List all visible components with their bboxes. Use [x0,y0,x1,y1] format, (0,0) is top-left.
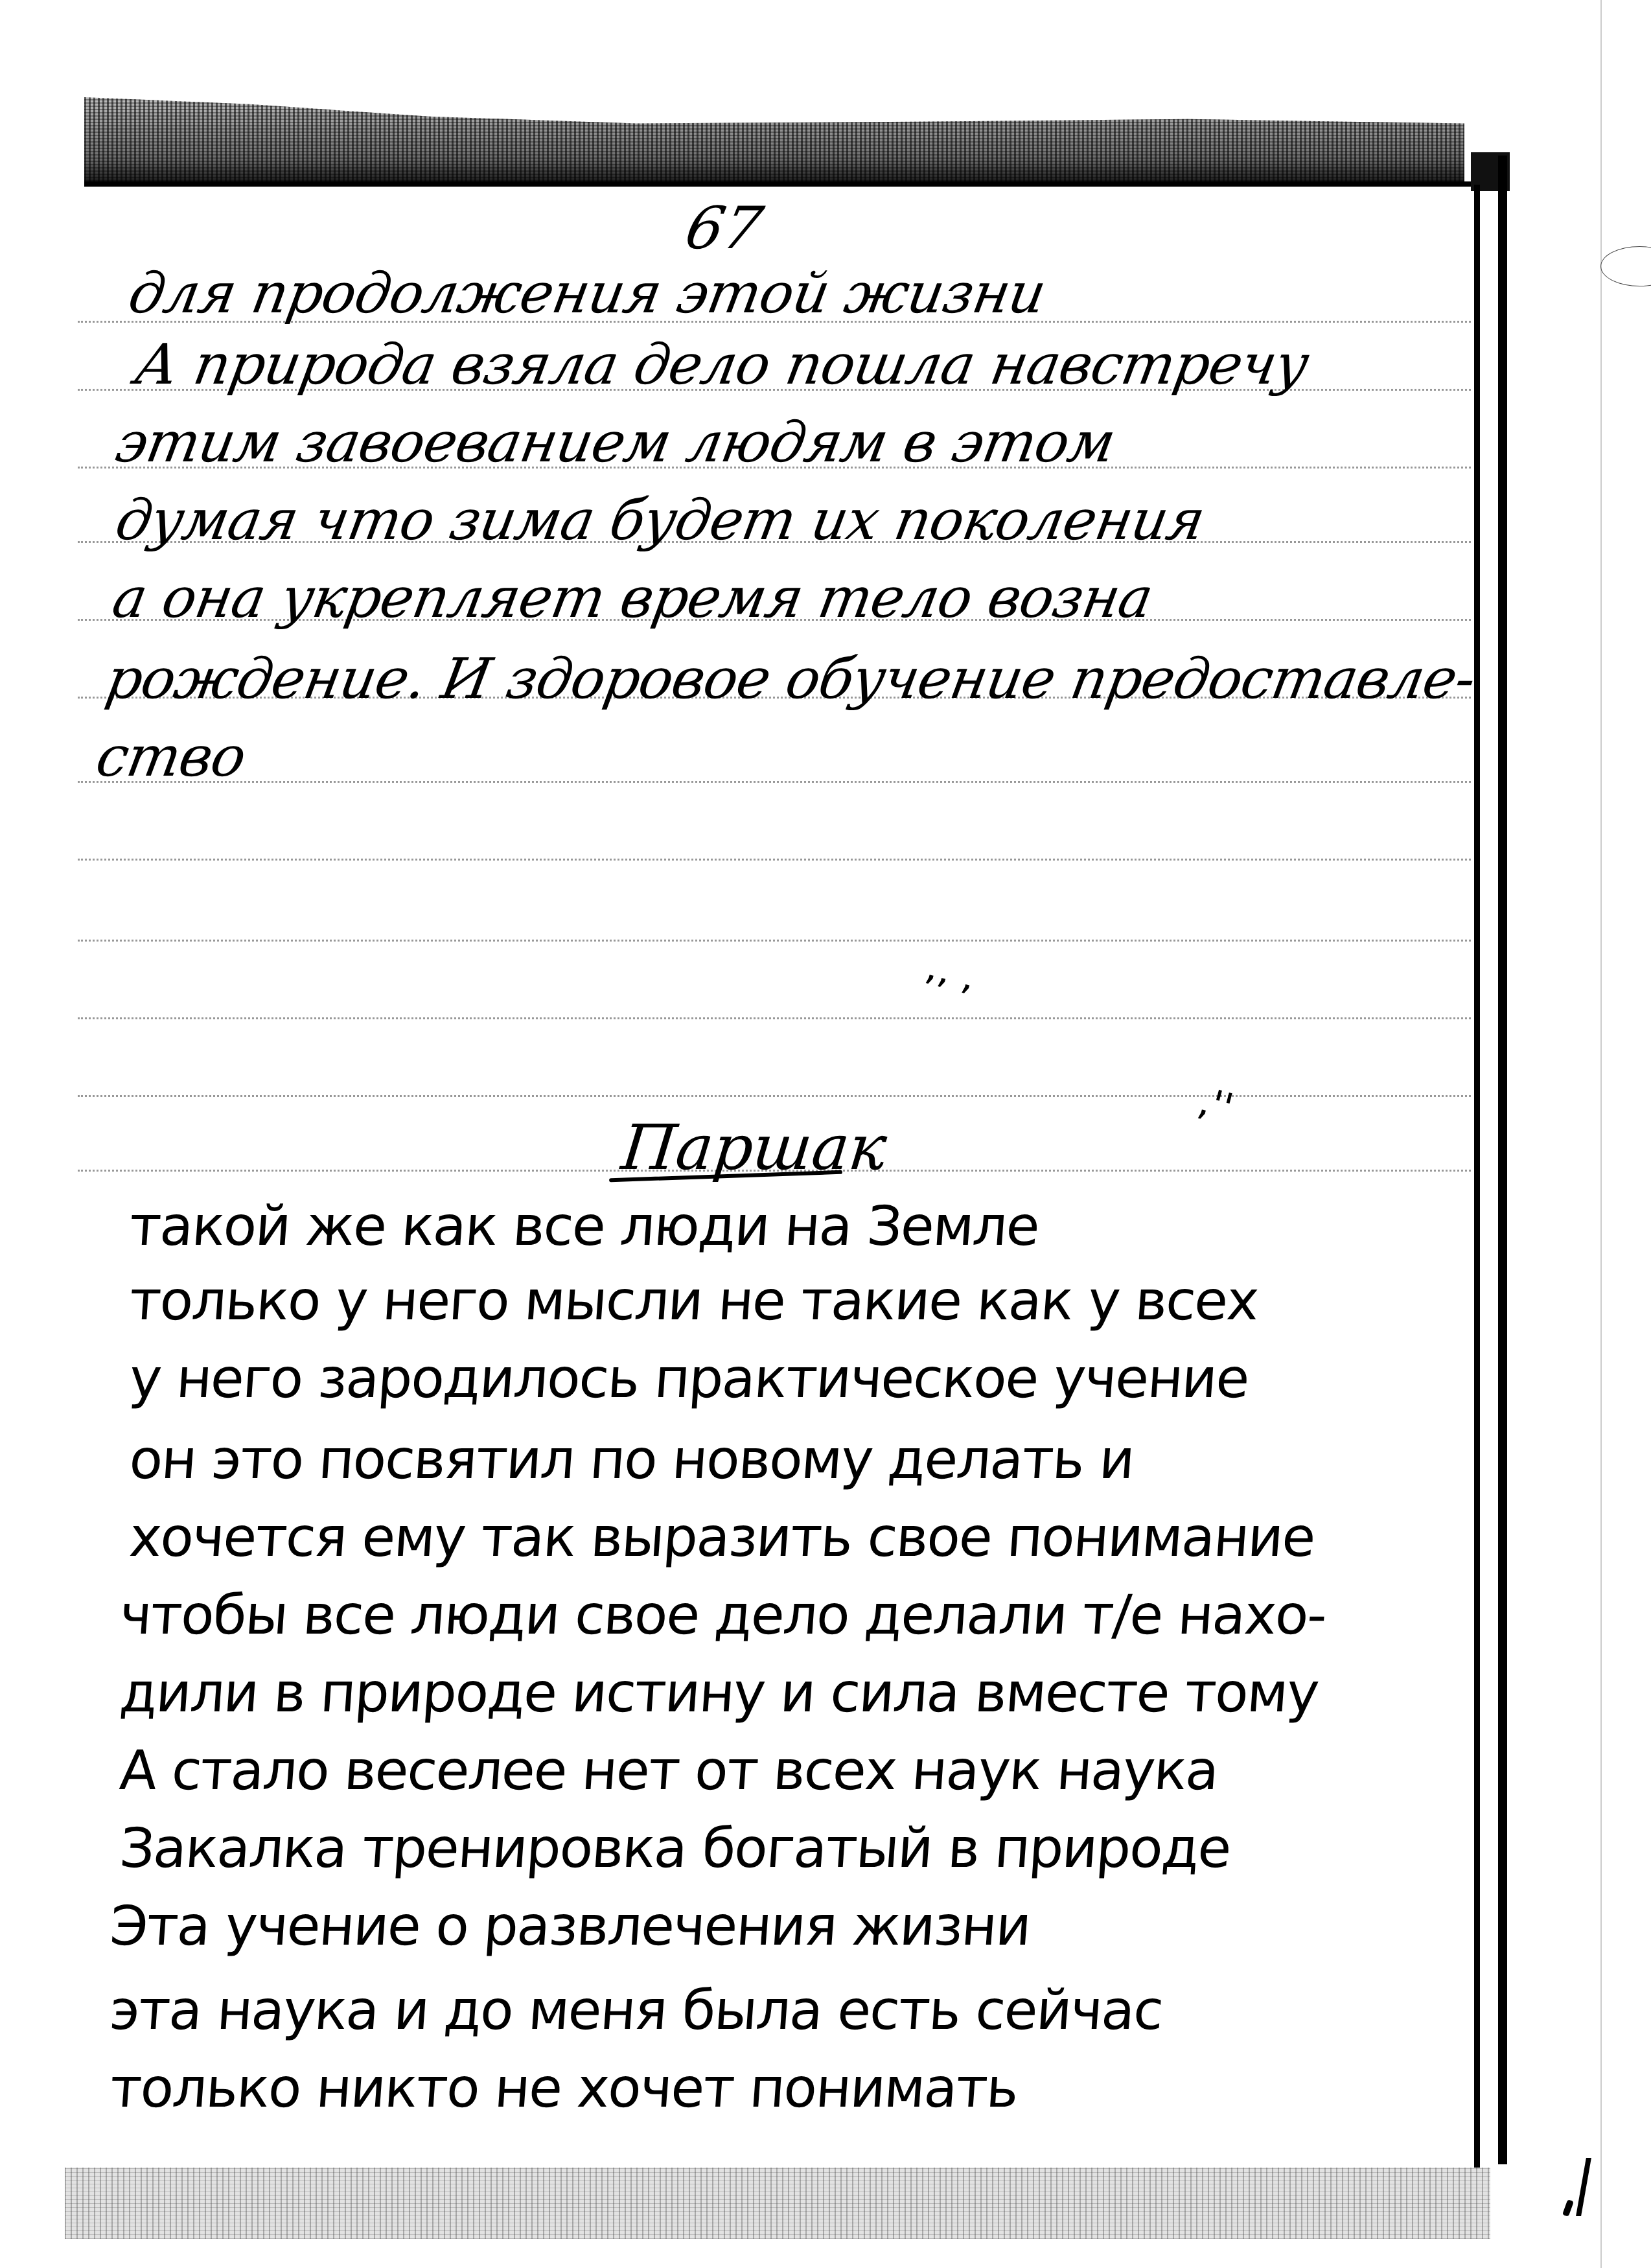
text-line: думая что зима будет их поколения [111,492,1208,548]
page-top-edge [84,181,1477,187]
text-line: а она укрепляет время тело возна [108,570,1156,626]
text-line: А стало веселее нет от всех наук наука [118,1743,1219,1798]
ruled-line [78,1017,1471,1019]
text-line: он это посвятил по новому делать и [128,1432,1135,1487]
text-line: этим завоеванием людям в этом [111,415,1118,470]
ink-scribble: ‚'' [1194,1078,1238,1131]
text-line: чтобы все люди свое дело делали т/е нахо… [118,1588,1328,1642]
page-number: 67 [680,194,768,262]
page-edge [1600,0,1602,2268]
ruled-line [78,1095,1471,1097]
text-line: дили в природе истину и сила вместе тому [118,1665,1320,1720]
ruled-line [78,781,1471,783]
text-line: Закалка тренировка богатый в природе [118,1821,1232,1875]
margin-mark [1576,2158,1591,2216]
text-line: у него зародилось практическое учение [128,1351,1250,1406]
text-line: А природа взяла дело пошла навстречу [131,337,1312,393]
text-line: такой же как все люди на Земле [128,1199,1041,1253]
text-line: Эта учение о развлечения жизни [108,1899,1032,1953]
text-line: для продолжения этой жизни [124,266,1049,321]
text-line: ство [92,729,249,785]
scan-shadow-bottom [65,2168,1490,2239]
page-edge-curl [1600,246,1651,286]
text-line: только у него мысли не такие как у всех [128,1273,1260,1328]
ink-scribble: ’’ ʼ [915,966,975,1023]
text-line: рождение. И здоровое обучение предоставл… [102,651,1479,707]
scanned-page: 67 для продолжения этой жизни А природа … [0,0,1651,2268]
margin-mark [1562,2199,1574,2217]
text-line: только никто не хочет понимать [108,2061,1019,2115]
notebook-binding-line [1474,185,1480,2168]
notebook-binding-line [1498,156,1507,2164]
scan-shadow-top [84,97,1464,185]
text-line: эта наука и до меня была есть сейчас [108,1983,1164,2037]
ruled-line [78,859,1471,861]
text-line: хочется ему так выразить свое понимание [128,1510,1316,1564]
ruled-line [78,940,1471,942]
